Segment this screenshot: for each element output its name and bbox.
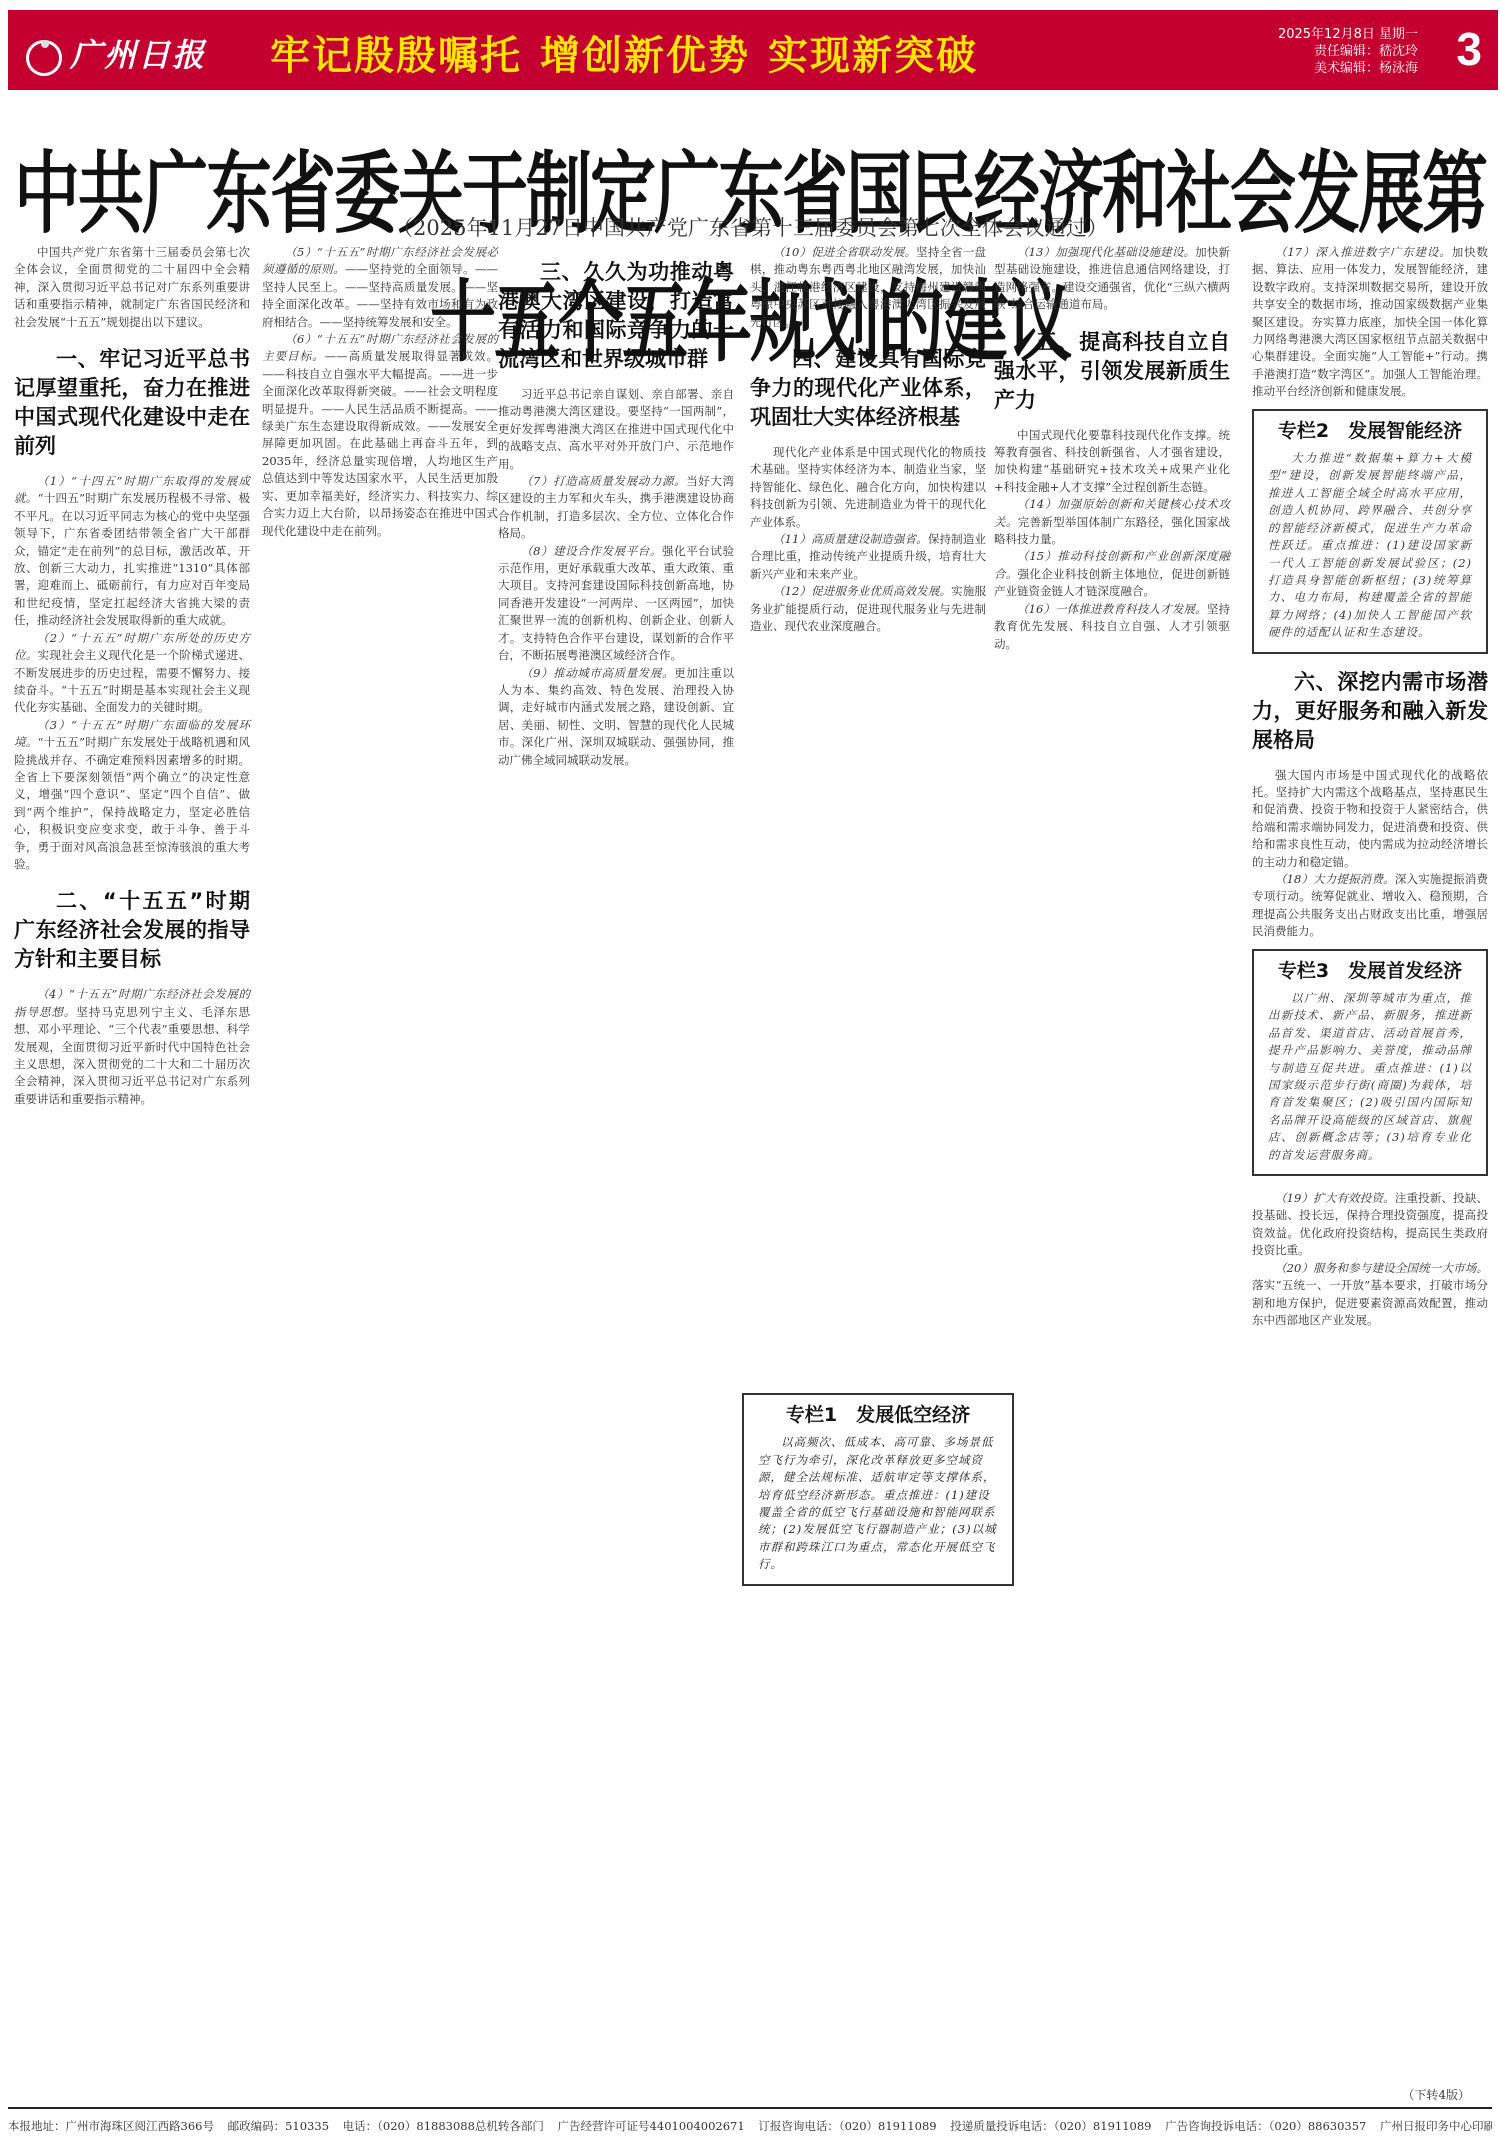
paragraph-text: 落实“五统一、一开放”基本要求，打破市场分割和地方保护，促进要素资源高效配置，推…: [1252, 1278, 1488, 1327]
box-text: 以广州、深圳等城市为重点，推出新技术、新产品、新服务，推进新品首发、渠道首店、活…: [1268, 990, 1472, 1164]
box-title: 专栏1 发展低空经济: [758, 1407, 998, 1424]
paragraph: （6）“十五五”时期广东经济社会发展的主要目标。——高质量发展取得显著成效。——…: [262, 331, 498, 540]
paragraph: （19）扩大有效投资。注重投新、投缺、投基础、投长远，保持合理投资强度，提高投资…: [1252, 1190, 1488, 1260]
paragraph-lead: （20）服务和参与建设全国统一大市场。: [1275, 1261, 1488, 1275]
paragraph-text: 更加注重以人为本、集约高效、特色发展、治理投入协调，走好城市内涵式发展之路，建设…: [498, 666, 734, 767]
paragraph-lead: （19）扩大有效投资。: [1275, 1191, 1395, 1205]
responsible-editor: 责任编辑：嵇沈玲: [1278, 43, 1418, 60]
box-title: 专栏3 发展首发经济: [1268, 963, 1472, 980]
paragraph-text: 强大国内市场是中国式现代化的战略依托。坚持扩大内需这个战略基点，坚持惠民生和促消…: [1252, 768, 1488, 869]
paragraph-lead: （7）打造高质量发展动力源。: [521, 474, 686, 488]
paragraph: （11）高质量建设制造强省。保持制造业合理比重，推动传统产业提质升级，培育壮大新…: [750, 531, 986, 583]
paragraph: （14）加强原始创新和关键核心技术攻关。完善新型举国体制广东路径，强化国家战略科…: [994, 496, 1230, 548]
paragraph: 习近平总书记亲自谋划、亲自部署、亲自推动粤港澳大湾区建设。要坚持“一国两制”，更…: [498, 386, 734, 473]
slogan: 牢记殷殷嘱托增创新优势实现新突破: [270, 24, 996, 81]
column-6: （17）深入推进数字广东建设。加快数据、算法、应用一体发力，发展智能经济，建设数…: [1252, 244, 1488, 1329]
feature-box-intelligent-economy: 专栏2 发展智能经济 大力推进“数据集+算力+大模型”建设，创新发展智能终端产品…: [1252, 409, 1488, 654]
paragraph: （3）“十五五”时期广东面临的发展环境。“十五五”时期广东发展处于战略机遇和风险…: [14, 717, 250, 874]
paragraph-lead: （17）深入推进数字广东建设。: [1275, 245, 1452, 259]
paragraph: （12）促进服务业优质高效发展。实施服务业扩能提质行动，促进现代服务业与先进制造…: [750, 583, 986, 635]
paragraph: （4）“十五五”时期广东经济社会发展的指导思想。坚持马克思列宁主义、毛泽东思想、…: [14, 986, 250, 1108]
paragraph: （10）促进全省联动发展。坚持全省一盘棋，推动粤东粤西粤北地区融湾发展，加快汕头…: [750, 244, 986, 331]
masthead-banner: 广州日报 牢记殷殷嘱托增创新优势实现新突破 2025年12月8日 星期一 责任编…: [8, 10, 1498, 90]
paragraph-text: 加快数据、算法、应用一体发力，发展智能经济，建设数字政府。支持深圳数据交易所，建…: [1252, 245, 1488, 398]
column-2: （5）“十五五”时期广东经济社会发展必须遵循的原则。——坚持党的全面领导。——坚…: [262, 244, 498, 540]
paragraph-text: 习近平总书记亲自谋划、亲自部署、亲自推动粤港澳大湾区建设。要坚持“一国两制”，更…: [498, 387, 734, 471]
paragraph: （15）推动科技创新和产业创新深度融合。强化企业科技创新主体地位，促进创新链产业…: [994, 548, 1230, 600]
paragraph: （18）大力提振消费。深入实施提振消费专项行动。统筹促就业、增收入、稳预期，合理…: [1252, 871, 1488, 941]
column-1: 中国共产党广东省第十三届委员会第七次全体会议，全面贯彻党的二十届四中全会精神，深…: [14, 244, 250, 1108]
footer-delivery-complaint-phone: 投递质量投诉电话：（020）81911089: [950, 2119, 1151, 2133]
paragraph-lead: （9）推动城市高质量发展。: [521, 666, 674, 680]
paragraph-text: 强化企业科技创新主体地位，促进创新链产业链资金链人才链深度融合。: [994, 567, 1230, 598]
paragraph-lead: （11）高质量建设制造强省。: [773, 532, 928, 546]
box-text: 以高频次、低成本、高可靠、多场景低空飞行为牵引，深化改革释放更多空域资源，健全法…: [758, 1434, 998, 1573]
paragraph-text: 现代化产业体系是中国式现代化的物质技术基础。坚持实体经济为本、制造业当家，坚持智…: [750, 445, 986, 529]
paragraph: 中国式现代化要靠科技现代化作支撑。统筹教育强省、科技创新强省、人才强省建设，加快…: [994, 427, 1230, 497]
paragraph: （1）“十四五”时期广东取得的发展成就。“十四五”时期广东发展历程极不寻常、极不…: [14, 473, 250, 630]
section-heading-3: 三、久久为功推动粤港澳大湾区建设，打造富有活力和国际竞争力的一流湾区和世界级城市…: [498, 258, 734, 374]
paragraph-lead: （8）建设合作发展平台。: [521, 544, 662, 558]
footer-ad-complaint-phone: 广告咨询投诉电话：（020）88630357: [1165, 2119, 1366, 2133]
logo-emblem-icon: [26, 40, 62, 76]
paragraph-text: 完善新型举国体制广东路径，强化国家战略科技力量。: [994, 515, 1230, 546]
footer-ad-license: 广告经营许可证号4401004002671: [558, 2119, 745, 2133]
feature-box-low-altitude-economy: 专栏1 发展低空经济 以高频次、低成本、高可靠、多场景低空飞行为牵引，深化改革释…: [742, 1393, 1014, 1586]
paragraph: 现代化产业体系是中国式现代化的物质技术基础。坚持实体经济为本、制造业当家，坚持智…: [750, 444, 986, 531]
paragraph-text: 坚持马克思列宁主义、毛泽东思想、邓小平理论、“三个代表”重要思想、科学发展观，全…: [14, 1005, 250, 1106]
newspaper-logo: 广州日报: [26, 30, 206, 76]
paragraph: （5）“十五五”时期广东经济社会发展必须遵循的原则。——坚持党的全面领导。——坚…: [262, 244, 498, 331]
footer-phone: 电话：（020）81883088总机转各部门: [343, 2119, 544, 2133]
issue-meta: 2025年12月8日 星期一 责任编辑：嵇沈玲 美术编辑：杨泳海: [1278, 26, 1418, 77]
section-heading-5: 五、提高科技自立自强水平，引领发展新质生产力: [994, 328, 1230, 415]
column-4: （10）促进全省联动发展。坚持全省一盘棋，推动粤东粤西粤北地区融湾发展，加快汕头…: [750, 244, 986, 636]
page-number: 3: [1456, 22, 1482, 76]
section-heading-1: 一、牢记习近平总书记厚望重托，奋力在推进中国式现代化建设中走在前列: [14, 345, 250, 461]
column-3: 三、久久为功推动粤港澳大湾区建设，打造富有活力和国际竞争力的一流湾区和世界级城市…: [498, 244, 734, 769]
column-5: （13）加强现代化基础设施建设。加快新型基础设施建设，推进信息通信网络建设，打造…: [994, 244, 1230, 653]
paragraph-text: 中国式现代化要靠科技现代化作支撑。统筹教育强省、科技创新强省、人才强省建设，加快…: [994, 428, 1230, 494]
article-subtitle: （2025年11月27日中国共产党广东省第十三届委员会第七次全体会议通过）: [0, 212, 1500, 242]
paragraph-lead: （18）大力提振消费。: [1275, 872, 1395, 886]
intro-paragraph: 中国共产党广东省第十三届委员会第七次全体会议，全面贯彻党的二十届四中全会精神，深…: [14, 244, 250, 331]
feature-box-debut-economy: 专栏3 发展首发经济 以广州、深圳等城市为重点，推出新技术、新产品、新服务，推进…: [1252, 949, 1488, 1176]
paragraph: （16）一体推进教育科技人才发展。坚持教育优先发展、科技自立自强、人才引领驱动。: [994, 601, 1230, 653]
footer-printer: 广州日报印务中心印刷: [1380, 2119, 1492, 2133]
paragraph: （20）服务和参与建设全国统一大市场。落实“五统一、一开放”基本要求，打破市场分…: [1252, 1260, 1488, 1330]
issue-date: 2025年12月8日 星期一: [1278, 26, 1418, 43]
paragraph-text: “十四五”时期广东发展历程极不寻常、极不平凡。在以习近平同志为核心的党中央坚强领…: [14, 491, 250, 627]
section-heading-2: 二、“十五五”时期广东经济社会发展的指导方针和主要目标: [14, 887, 250, 974]
paragraph-text: 实现社会主义现代化是一个阶梯式递进、不断发展进步的历史过程，需要不懈努力、接续奋…: [14, 648, 250, 714]
footer-subscription-phone: 订报咨询电话：（020）81911089: [758, 2119, 936, 2133]
paragraph-lead: （12）促进服务业优质高效发展。: [773, 584, 951, 598]
slogan-part-2: 增创新优势: [540, 33, 750, 79]
logo-text: 广州日报: [70, 36, 206, 74]
box-text: 大力推进“数据集+算力+大模型”建设，创新发展智能终端产品，推进人工智能全域全时…: [1268, 450, 1472, 641]
paragraph: 强大国内市场是中国式现代化的战略依托。坚持扩大内需这个战略基点，坚持惠民生和促消…: [1252, 767, 1488, 871]
slogan-part-1: 牢记殷殷嘱托: [270, 33, 522, 79]
paragraph-lead: （10）促进全省联动发展。: [773, 245, 916, 259]
paragraph: （13）加强现代化基础设施建设。加快新型基础设施建设，推进信息通信网络建设，打造…: [994, 244, 1230, 314]
paragraph-text: 强化平台试验示范作用，更好承载重大改革、重大政策、重大项目。支持河套建设国际科技…: [498, 544, 734, 662]
paragraph: （9）推动城市高质量发展。更加注重以人为本、集约高效、特色发展、治理投入协调，走…: [498, 665, 734, 769]
footer-divider: [8, 2107, 1492, 2109]
footer-address: 本报地址：广州市海珠区阅江西路366号: [8, 2119, 214, 2133]
paragraph-lead: （13）加强现代化基础设施建设。: [1017, 245, 1195, 259]
paragraph: （17）深入推进数字广东建设。加快数据、算法、应用一体发力，发展智能经济，建设数…: [1252, 244, 1488, 401]
paragraph-text: ——高质量发展取得显著成效。——科技自立自强水平大幅提高。——进一步全面深化改革…: [262, 349, 498, 537]
paragraph: （8）建设合作发展平台。强化平台试验示范作用，更好承载重大改革、重大政策、重大项…: [498, 543, 734, 665]
slogan-part-3: 实现新突破: [768, 33, 978, 79]
paragraph-lead: （16）一体推进教育科技人才发展。: [1017, 602, 1207, 616]
art-editor: 美术编辑：杨泳海: [1278, 60, 1418, 77]
paragraph: （2）“十五五”时期广东所处的历史方位。实现社会主义现代化是一个阶梯式递进、不断…: [14, 630, 250, 717]
paragraph: （7）打造高质量发展动力源。当好大湾区建设的主力军和火车头，携手港澳建设协商合作…: [498, 473, 734, 543]
section-heading-6: 六、深挖内需市场潜力，更好服务和融入新发展格局: [1252, 668, 1488, 755]
box-title: 专栏2 发展智能经济: [1268, 423, 1472, 440]
footer-postcode: 邮政编码：510335: [228, 2119, 329, 2133]
continued-on-page-note: （下转4版）: [1402, 2086, 1470, 2103]
paragraph-text: “十五五”时期广东发展处于战略机遇和风险挑战并存、不确定难预料因素增多的时期。全…: [14, 735, 250, 871]
imprint-footer: 本报地址：广州市海珠区阅江西路366号 邮政编码：510335 电话：（020）…: [8, 2118, 1492, 2134]
section-heading-4: 四、建设具有国际竞争力的现代化产业体系，巩固壮大实体经济根基: [750, 345, 986, 432]
